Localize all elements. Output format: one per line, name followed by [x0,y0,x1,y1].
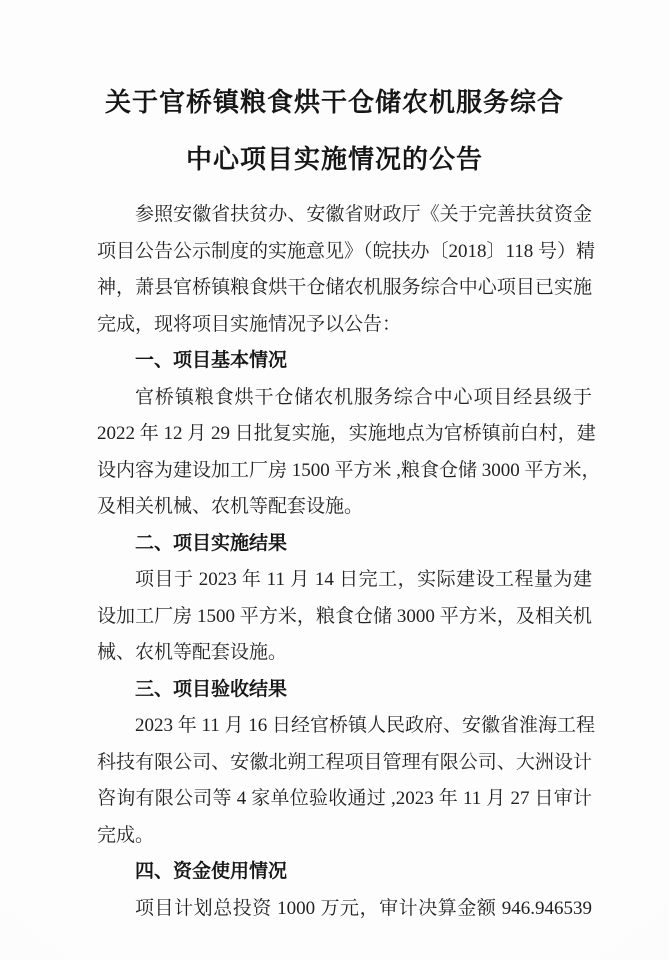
paragraph-line: 设内容为建设加工厂房 1500 平方米 ,粮食仓储 3000 平方米， [97,453,592,490]
paragraph-line: 咨询有限公司等 4 家单位验收通过 ,2023 年 11 月 27 日审计 [97,781,592,818]
paragraph-line: 项目计划总投资 1000 万元，审计决算金额 946.946539 [97,891,592,928]
paragraph-line: 完成，现将项目实施情况予以公告： [97,307,592,344]
section-heading-1: 一、项目基本情况 [97,343,592,380]
paragraph-line: 2023 年 11 月 16 日经官桥镇人民政府、安徽省淮海工程 [97,708,592,745]
document-title-line-1: 关于官桥镇粮食烘干仓储农机服务综合 [0,74,669,131]
document-body: 参照安徽省扶贫办、安徽省财政厅《关于完善扶贫资金 项目公告公示制度的实施意见》（… [97,197,592,927]
paragraph-line: 官桥镇粮食烘干仓储农机服务综合中心项目经县级于 [97,380,592,417]
document-title-line-2: 中心项目实施情况的公告 [0,131,669,188]
paragraph-line: 完成。 [97,818,592,855]
section-heading-3: 三、项目验收结果 [97,672,592,709]
section-heading-4: 四、资金使用情况 [97,854,592,891]
paragraph-line: 参照安徽省扶贫办、安徽省财政厅《关于完善扶贫资金 [97,197,592,234]
document-page: 关于官桥镇粮食烘干仓储农机服务综合 中心项目实施情况的公告 参照安徽省扶贫办、安… [0,0,669,960]
paragraph-line: 项目于 2023 年 11 月 14 日完工，实际建设工程量为建 [97,562,592,599]
paragraph-line: 科技有限公司、安徽北朔工程项目管理有限公司、大洲设计 [97,745,592,782]
paragraph-line: 械、农机等配套设施。 [97,635,592,672]
paragraph-line: 神，萧县官桥镇粮食烘干仓储农机服务综合中心项目已实施 [97,270,592,307]
paragraph-line: 设加工厂房 1500 平方米，粮食仓储 3000 平方米，及相关机 [97,599,592,636]
paragraph-line: 项目公告公示制度的实施意见》（皖扶办〔2018〕118 号）精 [97,234,592,271]
paragraph-line: 2022 年 12 月 29 日批复实施，实施地点为官桥镇前白村，建 [97,416,592,453]
section-heading-2: 二、项目实施结果 [97,526,592,563]
document-title: 关于官桥镇粮食烘干仓储农机服务综合 中心项目实施情况的公告 [0,74,669,188]
paragraph-line: 及相关机械、农机等配套设施。 [97,489,592,526]
